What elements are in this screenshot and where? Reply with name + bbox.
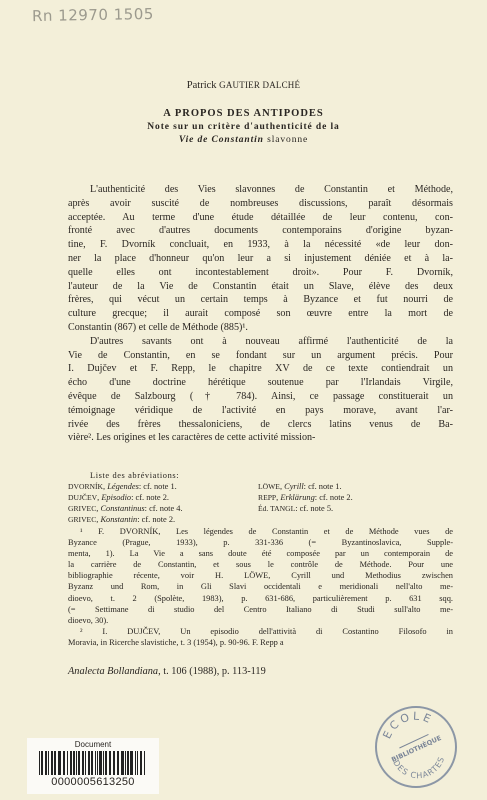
paragraph-2: D'autres savants ont à nouveau affirmé l… (68, 335, 453, 445)
barcode-label: Document 0000005613250 (27, 738, 159, 794)
text-line: rivée des frères thessaloniciens, de cle… (68, 418, 453, 432)
text-line: ² I. DUJČEV, Un episodio dell'attività d… (68, 626, 453, 637)
journal-name: Analecta Bollandiana (68, 666, 158, 677)
footnote-1: ¹ F. DVORNÍK, Les légendes de Constantin… (68, 526, 453, 626)
text-line: après avoir suscité de nombreuses discus… (68, 197, 453, 211)
abbreviation-work: Episodio (101, 493, 131, 502)
journal-citation: Analecta Bollandiana, t. 106 (1988), p. … (68, 666, 266, 677)
abbreviation-author: LÖWE (258, 482, 280, 491)
abbreviation-work: Konstantin (100, 515, 137, 524)
subtitle-italic: Vie de Constantin (179, 135, 264, 145)
text-line: Constantin (867) et celle de Méthode (88… (68, 321, 453, 335)
abbreviation-entry: GRIVEC, Konstantin: cf. note 2. (68, 514, 258, 525)
abbreviation-ref: : cf. note 2. (137, 515, 175, 524)
barcode-icon (39, 751, 147, 775)
author-first-name: Patrick (187, 80, 217, 91)
text-line: témoignage véridique de l'activité en pa… (68, 404, 453, 418)
article-title-block: A PROPOS DES ANTIPODES Note sur un critè… (0, 107, 487, 147)
text-line: fronté avec d'autres documents contempor… (68, 224, 453, 238)
author-last-name: GAUTIER DALCHÉ (219, 80, 300, 90)
abbreviation-entry: DVORNÍK, Légendes: cf. note 1. (68, 481, 258, 492)
footnotes: ¹ F. DVORNÍK, Les légendes de Constantin… (68, 526, 453, 648)
text-line: quelle elles ont incontestablement droit… (68, 266, 453, 280)
abbreviation-heading: Liste des abréviations: (68, 470, 453, 481)
abbreviation-author: Éd. TANGL (258, 504, 295, 513)
abbreviation-author: GRIVEC (68, 515, 96, 524)
text-line: D'autres savants ont à nouveau affirmé l… (68, 335, 453, 349)
barcode-label-text: Document (27, 740, 159, 749)
body-text: L'authenticité des Vies slavonnes de Con… (68, 183, 453, 445)
text-line: l'auteur de la Vie de Constantin était u… (68, 280, 453, 294)
text-line: Byzanz und Rom, in Gli Slavi occidentali… (68, 581, 453, 592)
text-line: bibliographie récente, voir H. LÖWE, Cyr… (68, 570, 453, 581)
text-line: Vie de Constantin, en se fondant sur un … (68, 349, 453, 363)
abbreviation-ref: : cf. note 2. (315, 493, 353, 502)
text-line: Moravia, in Ricerche slavistiche, t. 3 (… (68, 637, 453, 648)
text-line: évêque de Salzbourg († 784). Ainsi, ce p… (68, 390, 453, 404)
article-subtitle-line2: Vie de Constantin slavonne (0, 134, 487, 147)
text-line: I. Dujčev et F. Repp, le chapitre XV de … (68, 362, 453, 376)
abbreviation-entry: DUJČEV, Episodio: cf. note 2. (68, 492, 258, 503)
abbreviation-author: GRIVEC (68, 504, 96, 513)
abbreviation-ref: : cf. note 5. (295, 504, 333, 513)
barcode-number: 0000005613250 (27, 776, 159, 788)
author-name: Patrick GAUTIER DALCHÉ (0, 80, 487, 91)
abbreviation-author: DUJČEV (68, 493, 97, 502)
abbreviation-work: Cyrill (284, 482, 304, 491)
text-line: ner la place d'honneur qu'on leur a si i… (68, 252, 453, 266)
text-line: dioevo, t. 2 (Spolète, 1983), p. 631-686… (68, 593, 453, 604)
abbreviation-entry: GRIVEC, Constantinus: cf. note 4. (68, 503, 258, 514)
abbreviation-grid: DVORNÍK, Légendes: cf. note 1.LÖWE, Cyri… (68, 481, 453, 525)
abbreviation-work: Erklärung (280, 493, 314, 502)
text-line: (= Settimane di studio del Centro Italia… (68, 604, 453, 615)
text-line: tine, F. Dvorník concluait, en 1933, à l… (68, 238, 453, 252)
svg-text:ECOLE: ECOLE (380, 710, 435, 741)
abbreviation-work: Constantinus (100, 504, 144, 513)
paragraph-1: L'authenticité des Vies slavonnes de Con… (68, 183, 453, 335)
footnote-2: ² I. DUJČEV, Un episodio dell'attività d… (68, 626, 453, 648)
text-line: acceptée. Au terme d'une étude détaillée… (68, 211, 453, 225)
subtitle-rest: slavonne (267, 135, 308, 145)
abbreviation-author: REPP (258, 493, 276, 502)
text-line: Byzance (Prague, 1933), p. 331-336 (= By… (68, 537, 453, 548)
text-line: la carrière de Constantin, et sous le co… (68, 559, 453, 570)
article-title: A PROPOS DES ANTIPODES (0, 107, 487, 121)
text-line: ¹ F. DVORNÍK, Les légendes de Constantin… (68, 526, 453, 537)
abbreviation-ref: : cf. note 1. (304, 482, 342, 491)
article-subtitle: Note sur un critère d'authenticité de la (0, 121, 487, 134)
text-line: vière². Les origines et les caractères d… (68, 431, 453, 445)
library-stamp-icon: ECOLE DES CHARTES BIBLIOTHÈQUE (375, 706, 457, 788)
stamp-top-text: ECOLE (380, 710, 435, 741)
abbreviation-ref: : cf. note 1. (139, 482, 177, 491)
abbreviation-author: DVORNÍK (68, 482, 103, 491)
text-line: frères, qui vécut un certain temps à Byz… (68, 293, 453, 307)
abbreviation-ref: : cf. note 2. (131, 493, 169, 502)
abbreviation-ref: : cf. note 4. (145, 504, 183, 513)
text-line: culture grecque; il aurait composé son œ… (68, 307, 453, 321)
abbreviation-work: Légendes (107, 482, 139, 491)
abbreviation-list: Liste des abréviations: DVORNÍK, Légende… (68, 470, 453, 525)
text-line: menta, 1). La Vie a sans doute été compo… (68, 548, 453, 559)
text-line: L'authenticité des Vies slavonnes de Con… (68, 183, 453, 197)
abbreviation-entry: Éd. TANGL: cf. note 5. (258, 503, 453, 514)
handwritten-shelfmark: Rn 12970 1505 (32, 5, 154, 25)
stamp-center-text: BIBLIOTHÈQUE (390, 733, 443, 764)
journal-details: , t. 106 (1988), p. 113-119 (158, 666, 266, 677)
abbreviation-entry: REPP, Erklärung: cf. note 2. (258, 492, 453, 503)
text-line: dioevo, 30). (68, 615, 453, 626)
text-line: écho d'une doctrine hérétique soutenue p… (68, 376, 453, 390)
abbreviation-entry: LÖWE, Cyrill: cf. note 1. (258, 481, 453, 492)
